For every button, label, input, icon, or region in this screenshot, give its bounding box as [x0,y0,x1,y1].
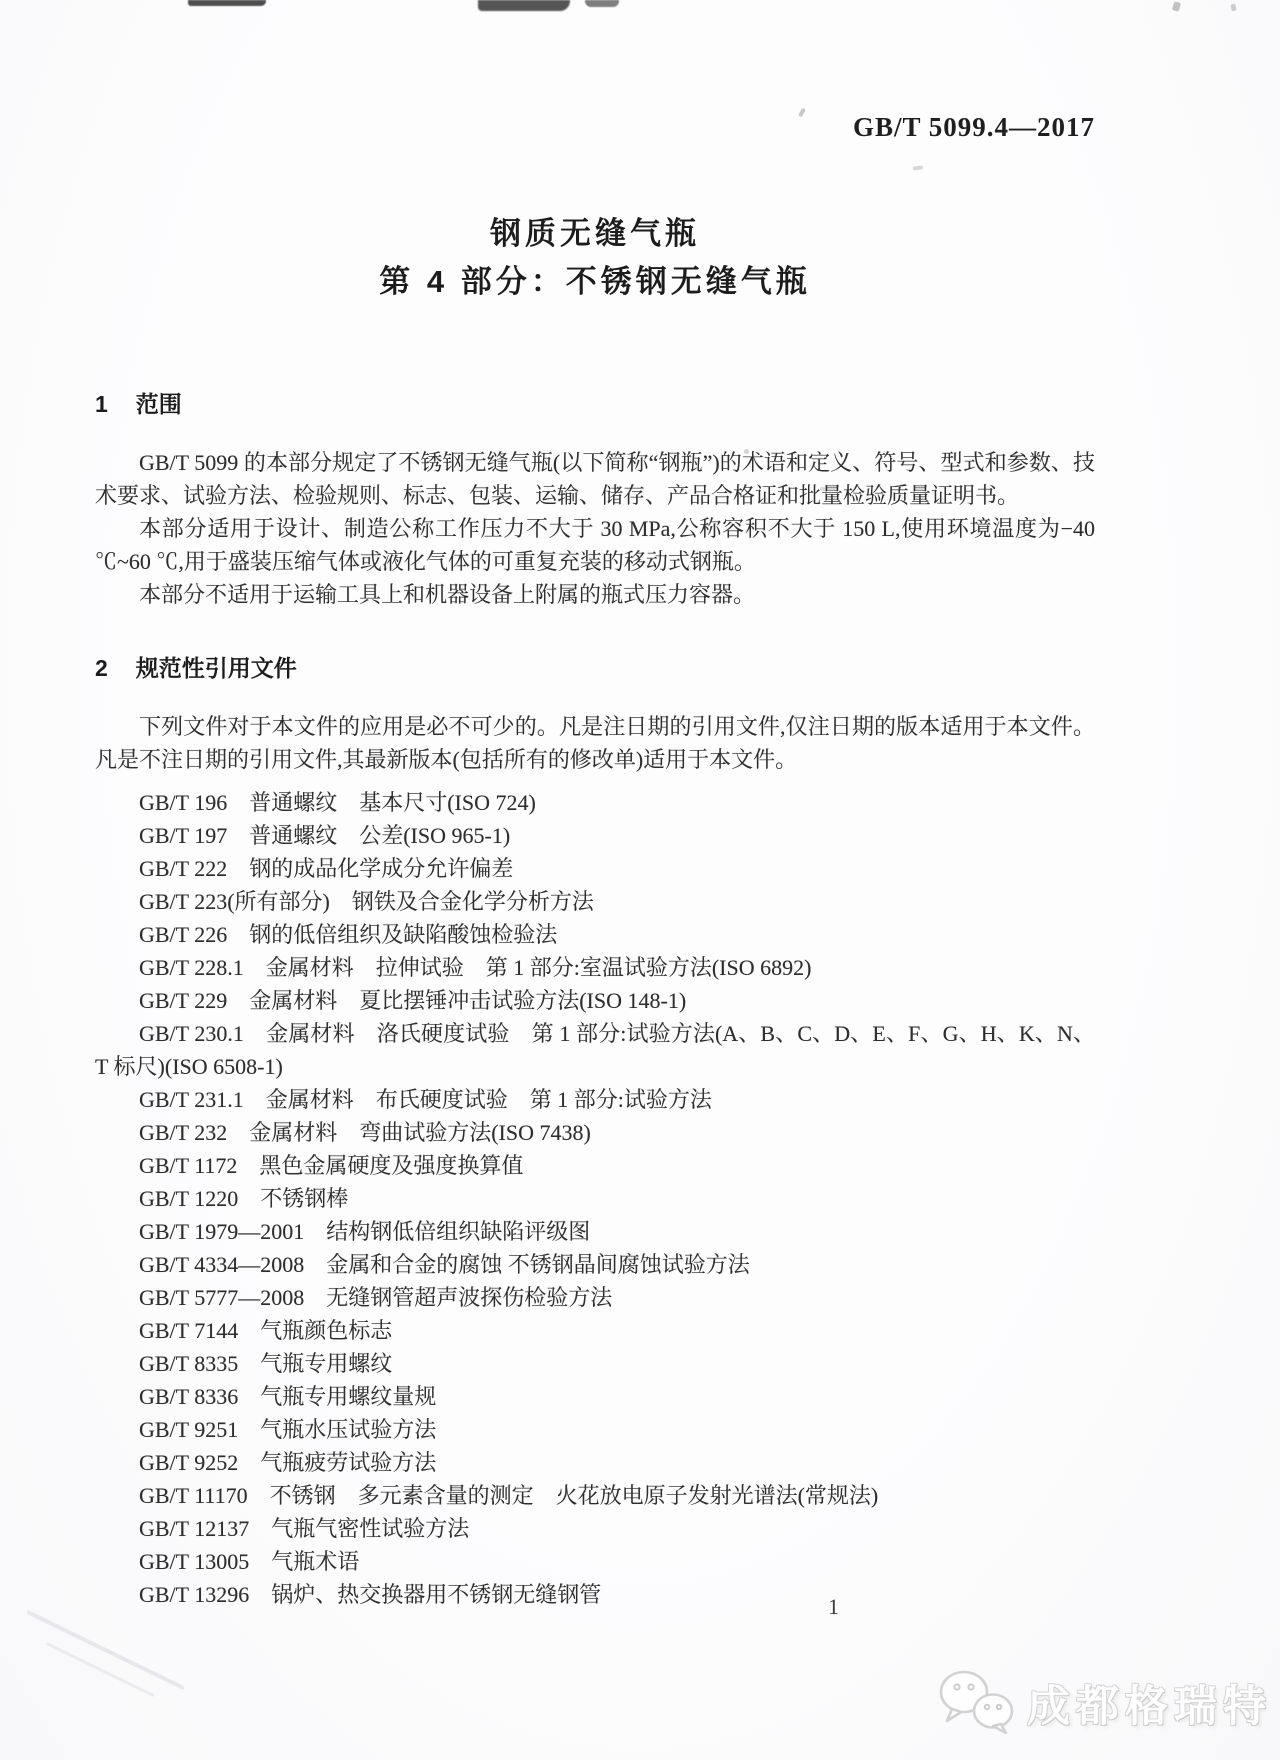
section-1-body: GB/T 5099 的本部分规定了不锈钢无缝气瓶(以下简称“钢瓶”)的术语和定义… [95,446,1095,611]
document-title-line2: 第 4 部分：不锈钢无缝气瓶 [95,258,1095,306]
scan-speck [1172,1,1181,12]
watermark-brand-text: 成都格瑞特 [1027,1673,1272,1734]
page-number: 1 [828,1594,839,1620]
paragraph: 本部分不适用于运输工具上和机器设备上附属的瓶式压力容器。 [95,578,1095,611]
paragraph: GB/T 5099 的本部分规定了不锈钢无缝气瓶(以下简称“钢瓶”)的术语和定义… [95,446,1095,512]
reference-item: GB/T 13296 锅炉、热交换器用不锈钢无缝钢管 [95,1578,1095,1611]
paragraph: 本部分适用于设计、制造公称工作压力不大于 30 MPa,公称容积不大于 150 … [95,512,1095,578]
section-2-heading: 2规范性引用文件 [95,650,1095,683]
reference-item: GB/T 232 金属材料 弯曲试验方法(ISO 7438) [95,1116,1095,1149]
reference-item: GB/T 222 钢的成品化学成分允许偏差 [95,852,1095,885]
reference-item: GB/T 196 普通螺纹 基本尺寸(ISO 724) [95,786,1095,819]
reference-item: GB/T 229 金属材料 夏比摆锤冲击试验方法(ISO 148-1) [95,984,1095,1017]
reference-item: GB/T 9251 气瓶水压试验方法 [95,1413,1095,1446]
reference-item: GB/T 230.1 金属材料 洛氏硬度试验 第 1 部分:试验方法(A、B、C… [95,1017,1095,1083]
section-title: 规范性引用文件 [136,655,297,681]
reference-item: GB/T 9252 气瓶疲劳试验方法 [95,1446,1095,1479]
scan-edge-mark [478,0,570,11]
wechat-logo-icon [937,1668,1017,1739]
section-title: 范围 [136,391,182,417]
watermark: 成都格瑞特 [937,1668,1272,1739]
reference-item: GB/T 223(所有部分) 钢铁及合金化学分析方法 [95,885,1095,918]
reference-item: GB/T 8336 气瓶专用螺纹量规 [95,1380,1095,1413]
reference-item: GB/T 197 普通螺纹 公差(ISO 965-1) [95,819,1095,852]
document-title-line1: 钢质无缝气瓶 [95,210,1095,258]
reference-item: GB/T 7144 气瓶颜色标志 [95,1314,1095,1347]
reference-item: GB/T 12137 气瓶气密性试验方法 [95,1512,1095,1545]
reference-item: GB/T 1979—2001 结构钢低倍组织缺陷评级图 [95,1215,1095,1248]
reference-item: GB/T 4334—2008 金属和合金的腐蚀 不锈钢晶间腐蚀试验方法 [95,1248,1095,1281]
reference-item: GB/T 8335 气瓶专用螺纹 [95,1347,1095,1380]
section-number: 2 [95,655,108,682]
section-number: 1 [95,391,108,418]
scan-streak [26,1610,185,1690]
paragraph: 下列文件对于本文件的应用是必不可少的。凡是注日期的引用文件,仅注日期的版本适用于… [95,710,1095,776]
reference-item: GB/T 231.1 金属材料 布氏硬度试验 第 1 部分:试验方法 [95,1083,1095,1116]
standard-number: GB/T 5099.4—2017 [95,112,1095,143]
reference-item: GB/T 228.1 金属材料 拉伸试验 第 1 部分:室温试验方法(ISO 6… [95,951,1095,984]
reference-item: GB/T 13005 气瓶术语 [95,1545,1095,1578]
reference-item: GB/T 11170 不锈钢 多元素含量的测定 火花放电原子发射光谱法(常规法) [95,1479,1095,1512]
section-1-heading: 1范围 [95,386,1095,419]
scan-edge-mark [188,0,266,6]
document-title: 钢质无缝气瓶 第 4 部分：不锈钢无缝气瓶 [95,210,1095,306]
scan-speck [913,165,923,170]
reference-item: GB/T 226 钢的低倍组织及缺陷酸蚀检验法 [95,918,1095,951]
scan-streak [45,1642,154,1697]
reference-item: GB/T 5777—2008 无缝钢管超声波探伤检验方法 [95,1281,1095,1314]
scan-speck [1230,4,1236,12]
reference-item: GB/T 1172 黑色金属硬度及强度换算值 [95,1149,1095,1182]
reference-item: GB/T 1220 不锈钢棒 [95,1182,1095,1215]
reference-list: GB/T 196 普通螺纹 基本尺寸(ISO 724)GB/T 197 普通螺纹… [95,786,1095,1611]
scan-edge-mark [585,0,619,7]
section-2-intro: 下列文件对于本文件的应用是必不可少的。凡是注日期的引用文件,仅注日期的版本适用于… [95,710,1095,776]
scanned-document-page: GB/T 5099.4—2017 钢质无缝气瓶 第 4 部分：不锈钢无缝气瓶 1… [0,0,1280,1760]
